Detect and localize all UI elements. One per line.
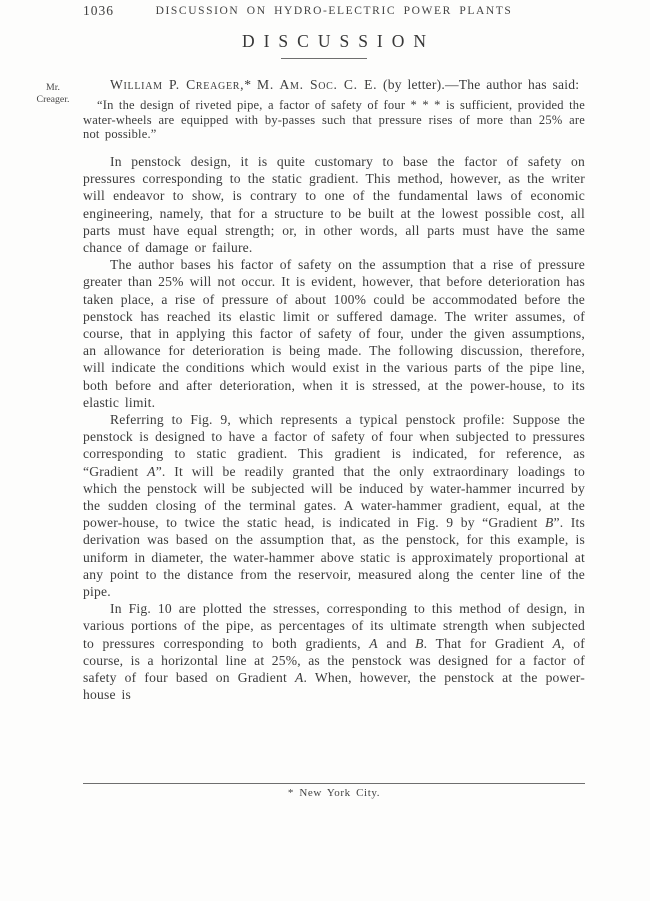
content: William P. Creager,* M. Am. Soc. C. E. (…: [83, 76, 585, 703]
text-run: The author bases his factor of safety on…: [83, 257, 585, 410]
page-number: 1036: [83, 3, 114, 19]
paragraph-1: “In the design of riveted pipe, a factor…: [83, 98, 585, 142]
text-run: (by letter).—The author has said:: [377, 77, 579, 92]
text-run: and: [378, 636, 415, 651]
text-run: *: [244, 77, 257, 92]
margin-note: Mr. Creager.: [26, 82, 80, 105]
margin-note-line2: Creager.: [26, 94, 80, 106]
text-run: M. Am. Soc. C. E.: [257, 77, 377, 92]
text-run: A: [295, 670, 304, 685]
paragraph-4: Referring to Fig. 9, which represents a …: [83, 411, 585, 600]
running-head-title: DISCUSSION ON HYDRO-ELECTRIC POWER PLANT…: [156, 5, 513, 17]
title-rule: [281, 58, 367, 59]
text-run: . That for Gradient: [424, 636, 553, 651]
paragraph-2: In penstock design, it is quite customar…: [83, 153, 585, 256]
text-run: A: [369, 636, 378, 651]
text-run: William P. Creager,: [110, 77, 244, 92]
scanned-page: 1036 DISCUSSION ON HYDRO-ELECTRIC POWER …: [0, 0, 650, 901]
text-run: A: [553, 636, 562, 651]
paragraph-3: The author bases his factor of safety on…: [83, 256, 585, 411]
text-run: In penstock design, it is quite customar…: [83, 154, 585, 255]
running-header: 1036 DISCUSSION ON HYDRO-ELECTRIC POWER …: [83, 5, 585, 17]
section-title: DISCUSSION: [83, 31, 585, 52]
margin-note-line1: Mr.: [26, 82, 80, 94]
text-run: B: [415, 636, 424, 651]
text-run: ”. It will be readily granted that the o…: [83, 464, 585, 531]
text-run: B: [545, 515, 554, 530]
footnote-rule: [83, 783, 585, 784]
text-run: A: [147, 464, 156, 479]
text-run: “In the design of riveted pipe, a factor…: [83, 98, 585, 141]
footnote-text: * New York City.: [83, 787, 585, 799]
paragraph-0: William P. Creager,* M. Am. Soc. C. E. (…: [83, 76, 585, 93]
footnote-block: * New York City.: [83, 783, 585, 799]
paragraph-5: In Fig. 10 are plotted the stresses, cor…: [83, 600, 585, 703]
